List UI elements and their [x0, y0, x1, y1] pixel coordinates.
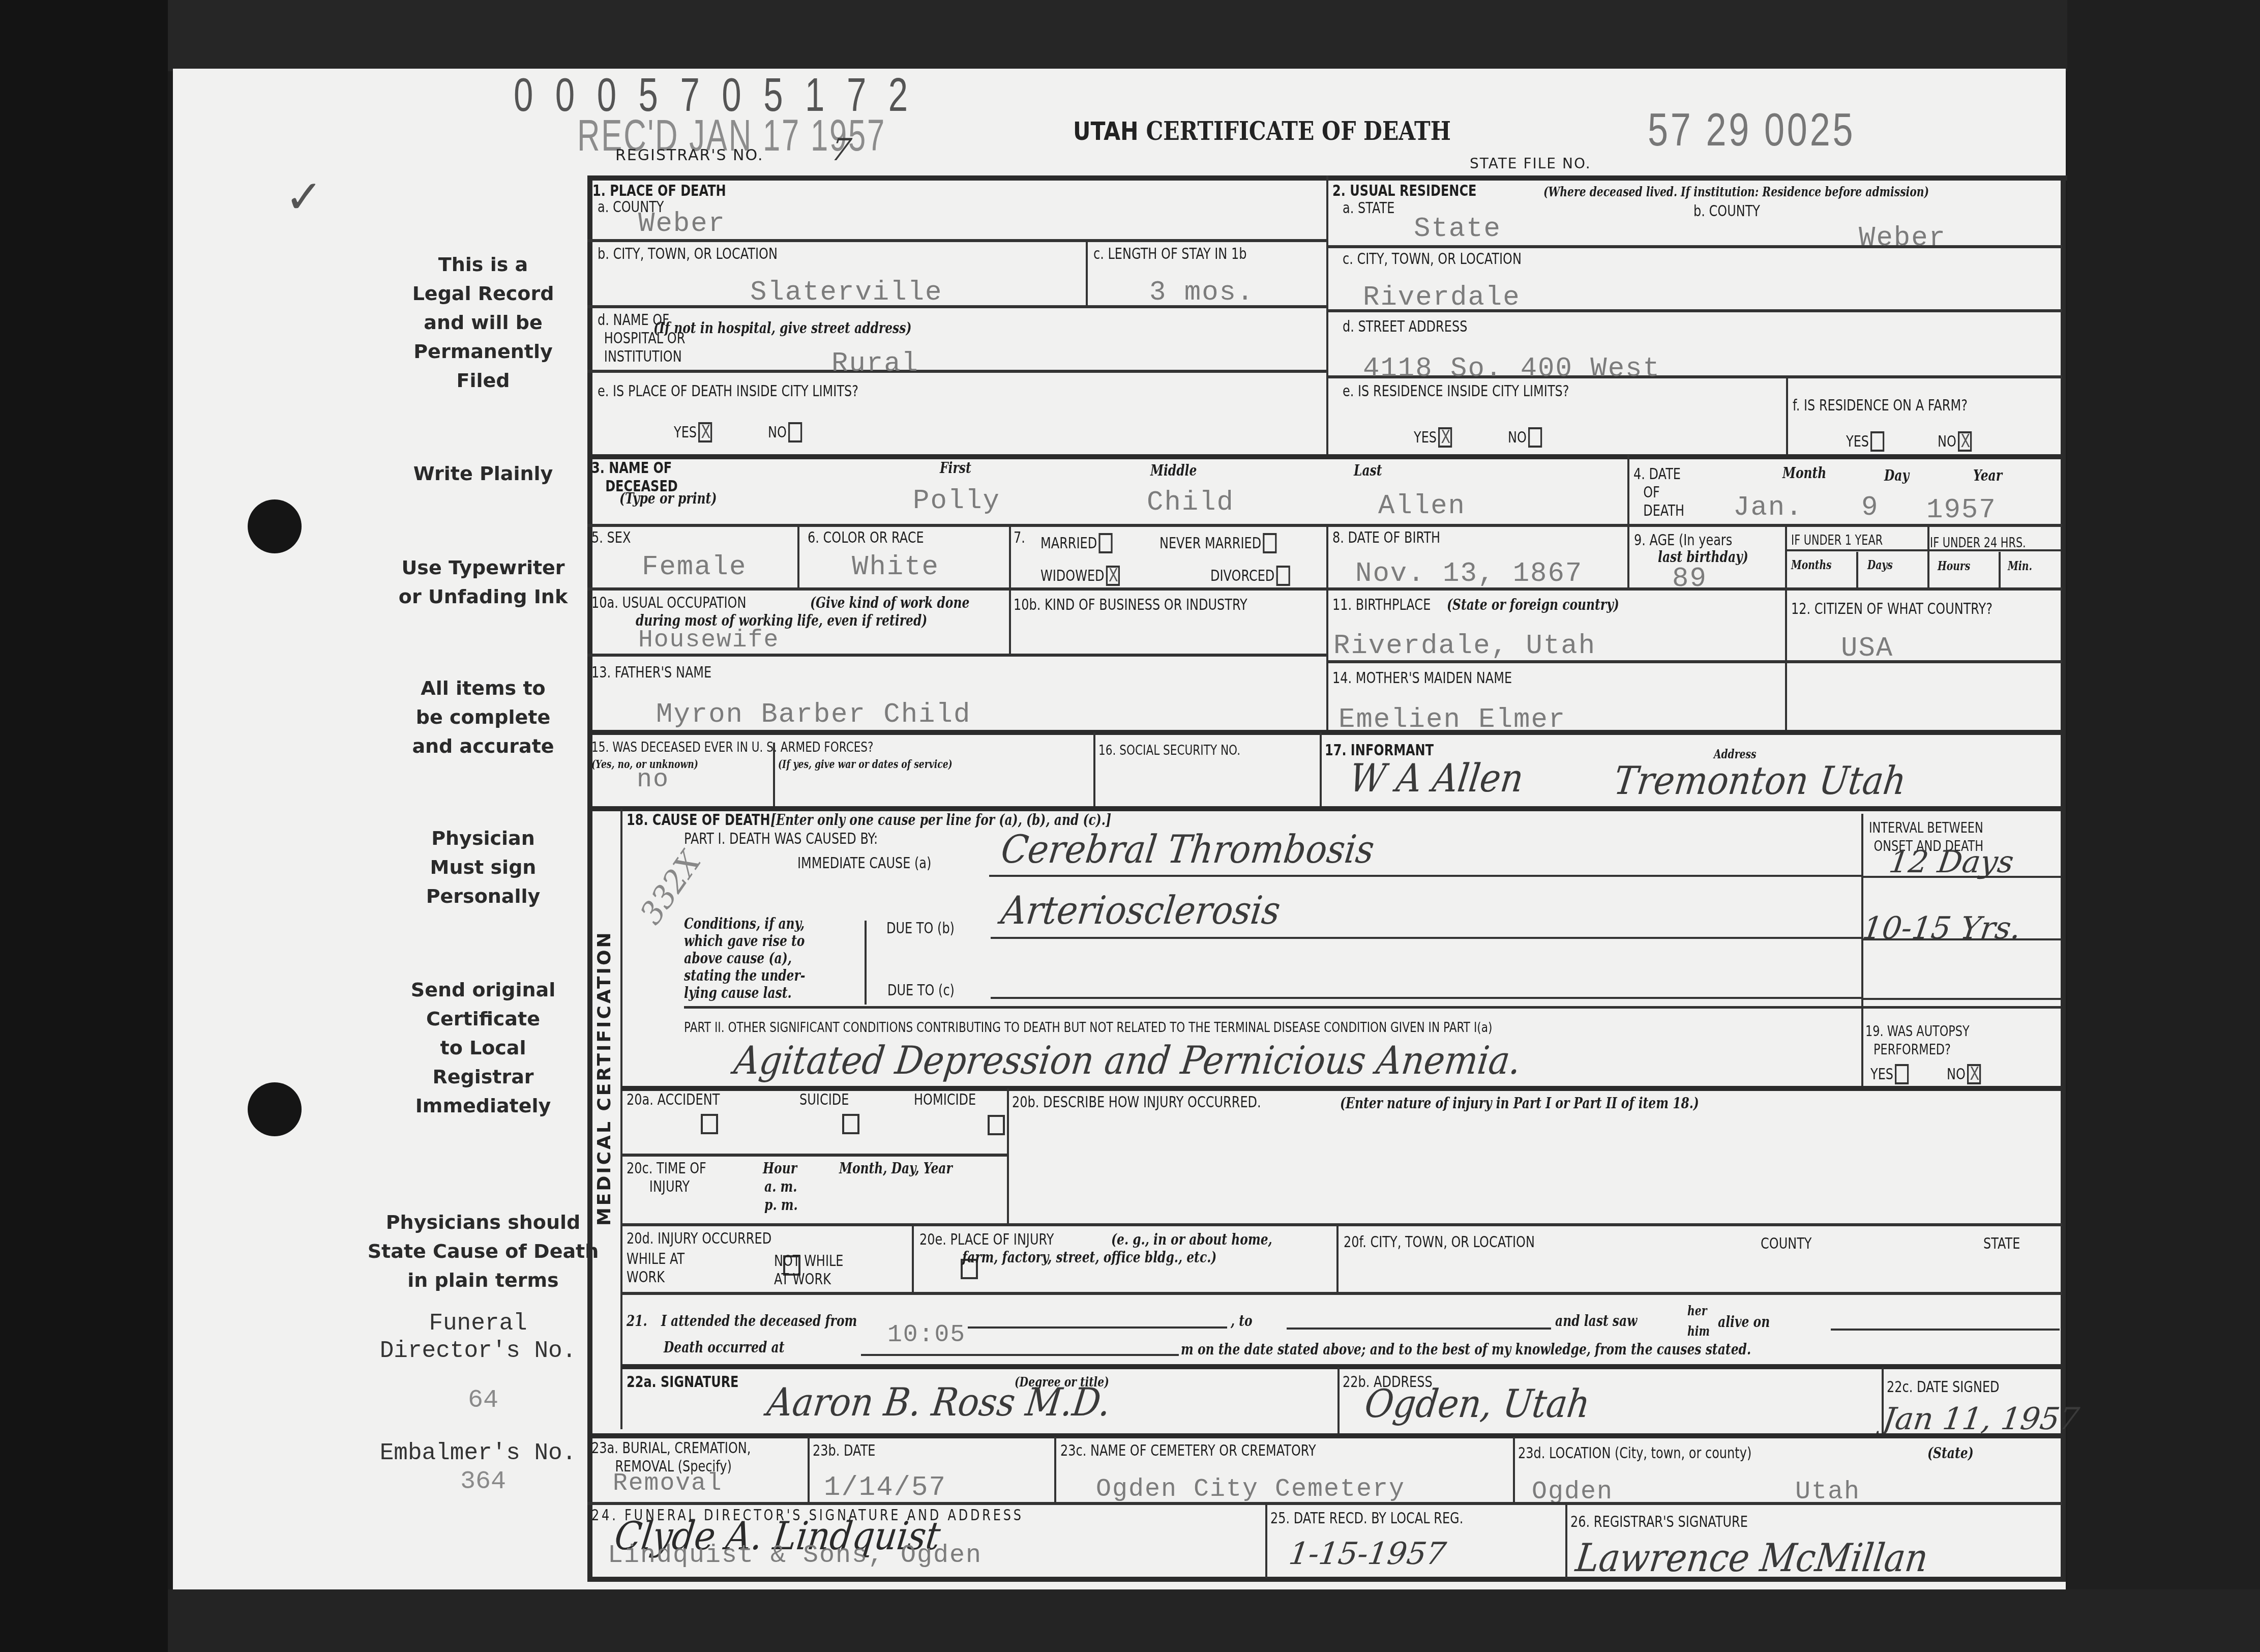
bracket-icon: [865, 921, 867, 1005]
label-line: 9. AGE (In years: [1634, 532, 1732, 550]
armed-forces-field[interactable]: no: [637, 765, 669, 794]
scan-background-top: [168, 0, 2260, 71]
residence-inside-city-no[interactable]: NO: [1508, 427, 1542, 448]
immediate-cause-label: IMMEDIATE CAUSE (a): [797, 854, 931, 873]
label-line: Hour: [763, 1160, 798, 1178]
due-to-b-label: DUE TO (b): [886, 920, 955, 938]
divider: [1627, 524, 1629, 587]
divider: [1009, 587, 1011, 654]
place-of-injury-hint-2: farm, factory, street, office bldg., etc…: [962, 1249, 1216, 1267]
divider: [587, 654, 1327, 657]
disposition-field[interactable]: Removal: [613, 1470, 723, 1497]
divider: [1785, 524, 1787, 732]
birthplace-field[interactable]: Riverdale, Utah: [1333, 631, 1596, 662]
hours-label: Hours: [1938, 557, 1970, 575]
option-label: MARRIED: [1040, 535, 1097, 552]
last-name-label: Last: [1354, 462, 1382, 480]
physician-address-field[interactable]: Ogden, Utah: [1362, 1381, 1593, 1426]
autopsy-label: 19. WAS AUTOPSY PERFORMED?: [1865, 1022, 1970, 1059]
divider: [587, 370, 1327, 373]
suicide-checkbox-icon[interactable]: [842, 1114, 859, 1134]
attendance-text-3: and last saw: [1555, 1312, 1637, 1331]
sex-field[interactable]: Female: [642, 552, 747, 583]
cemetery-label: 23c. NAME OF CEMETERY OR CREMATORY: [1060, 1442, 1316, 1460]
yes-label: YES: [674, 424, 697, 441]
divider: [1862, 998, 2061, 1000]
interval-b-field[interactable]: 10-15 Yrs.: [1860, 910, 2023, 946]
father-name-field[interactable]: Myron Barber Child: [656, 699, 971, 730]
divider: [1861, 814, 1863, 1086]
side-note-line: All items to: [356, 674, 610, 703]
street-address-field[interactable]: 4118 So. 400 West: [1363, 353, 1660, 385]
yes-label: YES: [1870, 1066, 1893, 1083]
side-note-line: be complete: [356, 703, 610, 732]
state-file-no-label: STATE FILE NO.: [1470, 155, 1591, 172]
death-inside-city-no[interactable]: NO: [768, 422, 802, 442]
part2-label: PART II. OTHER SIGNIFICANT CONDITIONS CO…: [684, 1019, 1492, 1037]
father-name-label: 13. FATHER'S NAME: [591, 664, 711, 682]
side-note-write-plainly: Write Plainly: [356, 459, 610, 488]
disposition-date-label: 23b. DATE: [813, 1442, 875, 1460]
side-note-plain-terms: Physicians should State Cause of Death i…: [351, 1208, 615, 1295]
registrar-signature: Lawrence McMillan: [1573, 1535, 1931, 1580]
divider: [587, 587, 2062, 591]
due-to-b-field[interactable]: Arteriosclerosis: [999, 888, 1283, 933]
side-note-line: Physicians should: [351, 1208, 615, 1237]
death-time-line: [861, 1354, 1179, 1356]
conditions-hint: Conditions, if any, which gave rise to a…: [684, 916, 806, 1002]
under-1-year-label: IF UNDER 1 YEAR: [1791, 532, 1883, 550]
label-line: a. m.: [763, 1178, 798, 1196]
divider: [1327, 245, 2062, 248]
hospital-hint: (If not in hospital, give street address…: [653, 319, 911, 338]
death-day-field[interactable]: 9: [1861, 492, 1879, 523]
label-line: DEATH: [1633, 502, 1684, 520]
label-line: OF: [1633, 484, 1684, 502]
divider: [1320, 732, 1322, 806]
no-label: NO: [768, 424, 787, 441]
title-main: CERTIFICATE OF DEATH: [1146, 116, 1450, 146]
physician-signature: Aaron B. Ross M.D.: [765, 1379, 1113, 1425]
title-prefix: UTAH: [1073, 116, 1139, 146]
checkbox-icon[interactable]: [1276, 566, 1290, 586]
side-note-line: Write Plainly: [356, 459, 610, 488]
mother-name-label: 14. MOTHER'S MAIDEN NAME: [1332, 669, 1512, 688]
due-to-c-line: [991, 997, 1861, 999]
option-label: NEVER MARRIED: [1159, 535, 1261, 552]
divider: [1862, 938, 2061, 940]
describe-injury-hint: (Enter nature of injury in Part I or Par…: [1340, 1095, 1699, 1113]
divider: [912, 1223, 914, 1292]
divider: [587, 806, 2062, 811]
place-of-death-label: 1. PLACE OF DEATH: [592, 182, 726, 200]
residence-county-field[interactable]: Weber: [1859, 223, 1946, 254]
last-name-field[interactable]: Allen: [1378, 491, 1466, 522]
informant-address: Tremonton Utah: [1612, 758, 1909, 803]
residence-state-field[interactable]: State: [1414, 214, 1501, 245]
side-note-line: Send original: [356, 976, 610, 1005]
residence-city-label: c. CITY, TOWN, OR LOCATION: [1343, 250, 1522, 269]
divider: [684, 1006, 2061, 1009]
residence-inside-city-label: e. IS RESIDENCE INSIDE CITY LIMITS?: [1343, 382, 1569, 401]
side-note-legal-record: This is a Legal Record and will be Perma…: [356, 250, 610, 395]
armed-forces-hint-2: (If yes, give war or dates of service): [778, 755, 953, 774]
state-file-number: 57 29 0025: [1648, 104, 1855, 157]
birthplace-hint: (State or foreign country): [1447, 596, 1619, 614]
ssn-label: 16. SOCIAL SECURITY NO.: [1098, 742, 1240, 760]
divider: [1786, 376, 1788, 455]
immediate-cause-field[interactable]: Cerebral Thrombosis: [999, 827, 1377, 872]
registrars-no-label: REGISTRAR'S NO.: [615, 146, 763, 164]
divider: [587, 730, 2062, 735]
registrar-signature-label: 26. REGISTRAR'S SIGNATURE: [1570, 1513, 1748, 1531]
checkbox-checked-icon[interactable]: [1967, 1064, 1981, 1084]
usual-residence-hint: (Where deceased lived. If institution: R…: [1543, 183, 1929, 201]
label-text: 1. PLACE OF DEATH: [592, 182, 726, 200]
injury-county-label: COUNTY: [1761, 1235, 1812, 1253]
side-note-line: Certificate: [356, 1005, 610, 1034]
due-to-b-line: [991, 937, 1861, 939]
side-note-line: Legal Record: [356, 279, 610, 308]
death-month-field[interactable]: Jan.: [1733, 492, 1803, 523]
divider: [1009, 524, 1011, 587]
street-address-label: d. STREET ADDRESS: [1343, 318, 1467, 336]
immediate-cause-line: [989, 875, 1861, 877]
occupation-hint-1: (Give kind of work done: [810, 594, 969, 612]
label-line: 3. NAME OF: [591, 459, 672, 477]
label-line: INSTITUTION: [598, 348, 685, 366]
attended-to-line[interactable]: [1287, 1327, 1551, 1330]
checkbox-icon[interactable]: [1263, 533, 1276, 553]
first-name-label: First: [940, 459, 971, 478]
divider: [587, 454, 2062, 459]
homicide-checkbox-icon[interactable]: [988, 1115, 1005, 1135]
death-time-field[interactable]: 10:05: [887, 1321, 966, 1349]
scan-background-right: [2067, 0, 2260, 1652]
label-line: INJURY: [627, 1178, 706, 1196]
marital-widowed[interactable]: WIDOWED: [1040, 566, 1120, 586]
label-line: WHILE AT: [627, 1250, 685, 1268]
divider: [1326, 524, 1328, 587]
min-label: Min.: [2008, 557, 2032, 575]
scan-background-left: [0, 0, 168, 1652]
side-note-line: and accurate: [356, 732, 610, 761]
months-label: Months: [1791, 556, 1832, 574]
divider: [621, 1154, 1008, 1157]
yes-label: YES: [1414, 429, 1437, 447]
month-label: Month: [1782, 464, 1826, 483]
death-city-field[interactable]: Slaterville: [750, 277, 942, 308]
label-line: Director's No.: [351, 1337, 605, 1365]
option-label: WIDOWED: [1040, 567, 1105, 585]
place-of-injury-hint-1: (e. g., in or about home,: [1111, 1231, 1272, 1249]
not-while-at-work-label: NOT WHILE AT WORK: [774, 1252, 844, 1289]
date-signed-field[interactable]: Jan 11, 1957: [1881, 1401, 2081, 1437]
signature-label: 22a. SIGNATURE: [627, 1373, 739, 1392]
check-mark-icon: ✓: [285, 170, 323, 224]
attendance-text-5: m on the date stated above; and to the b…: [1181, 1341, 1751, 1359]
date-recd-label: 25. DATE RECD. BY LOCAL REG.: [1270, 1510, 1463, 1528]
funeral-director-no-value: 64: [356, 1386, 610, 1415]
checkbox-icon[interactable]: [1528, 427, 1542, 448]
armed-forces-label: 15. WAS DECEASED EVER IN U. S. ARMED FOR…: [591, 739, 874, 757]
last-saw-alive-line[interactable]: [1831, 1329, 2060, 1331]
side-note-line: Immediately: [356, 1091, 610, 1120]
divider: [620, 809, 622, 1429]
attendance-text-1: I attended the deceased from: [661, 1312, 857, 1331]
place-of-injury-label: 20e. PLACE OF INJURY: [919, 1231, 1054, 1249]
side-note-complete: All items to be complete and accurate: [356, 674, 610, 761]
homicide-label: HOMICIDE: [914, 1091, 976, 1109]
side-note-line: and will be: [356, 308, 610, 337]
injury-occurred-label: 20d. INJURY OCCURRED: [627, 1230, 771, 1248]
occupation-label: 10a. USUAL OCCUPATION: [591, 594, 746, 612]
option-label: DIVORCED: [1210, 567, 1274, 585]
divider: [621, 1223, 2062, 1226]
location-state-label: (State): [1927, 1444, 1974, 1463]
inside-city-limits-label: e. IS PLACE OF DEATH INSIDE CITY LIMITS?: [598, 382, 858, 401]
usual-residence-label: 2. USUAL RESIDENCE: [1332, 182, 1476, 200]
label-line: 19. WAS AUTOPSY: [1865, 1022, 1970, 1041]
side-note-line: Filed: [356, 366, 610, 395]
divider: [1927, 524, 1929, 587]
describe-injury-label: 20b. DESCRIBE HOW INJURY OCCURRED.: [1012, 1094, 1261, 1112]
label-line: INTERVAL BETWEEN: [1869, 819, 1983, 837]
punch-hole-icon: [248, 1082, 302, 1136]
divider: [1513, 1437, 1515, 1503]
side-note-line: State Cause of Death: [351, 1237, 615, 1266]
no-label: NO: [1508, 429, 1527, 447]
checkbox-icon[interactable]: [1895, 1064, 1909, 1084]
label-line: PERFORMED?: [1865, 1041, 1970, 1059]
dob-label: 8. DATE OF BIRTH: [1332, 529, 1440, 547]
death-occurred-label: Death occurred at: [664, 1339, 784, 1357]
no-label: NO: [1938, 433, 1956, 451]
label-line: 4. DATE: [1633, 465, 1684, 484]
checkbox-icon[interactable]: [1870, 431, 1884, 452]
race-field[interactable]: White: [852, 552, 939, 583]
date-of-death-label: 4. DATE OF DEATH: [1633, 465, 1684, 520]
side-note-line: or Unfading Ink: [356, 582, 610, 611]
label-line: 20c. TIME OF: [627, 1160, 706, 1178]
side-note-typewriter: Use Typewriter or Unfading Ink: [356, 553, 610, 611]
scan-background-bottom: [168, 1589, 2260, 1652]
divider: [1999, 552, 2001, 587]
birthplace-label: 11. BIRTHPLACE: [1332, 596, 1431, 614]
autopsy-no[interactable]: NO: [1947, 1064, 1981, 1084]
date-recd-field[interactable]: 1-15-1957: [1287, 1536, 1448, 1572]
divider: [587, 524, 2062, 527]
cemetery-field[interactable]: Ogden City Cemetery: [1096, 1475, 1405, 1504]
attendance-text-4: alive on: [1718, 1313, 1770, 1332]
certificate-title: UTAH CERTIFICATE OF DEATH: [1073, 116, 1451, 146]
under-24-hrs-label: IF UNDER 24 HRS.: [1930, 534, 2026, 552]
dob-field[interactable]: Nov. 13, 1867: [1355, 558, 1583, 589]
hint-line: above cause (a),: [684, 950, 806, 967]
hospital-field[interactable]: Rural: [831, 348, 919, 379]
location-label: 23d. LOCATION (City, town, or county): [1518, 1444, 1751, 1463]
divider: [587, 1502, 2062, 1505]
attended-from-line[interactable]: [968, 1326, 1227, 1329]
suicide-label: SUICIDE: [799, 1091, 849, 1109]
side-note-line: Personally: [356, 882, 610, 911]
hint-line: lying cause last.: [684, 985, 806, 1002]
residence-county-label: b. COUNTY: [1693, 202, 1760, 221]
attendance-number: 21.: [627, 1312, 647, 1331]
sex-label: 5. SEX: [591, 529, 631, 547]
side-note-line: Use Typewriter: [356, 553, 610, 582]
middle-name-label: Middle: [1150, 462, 1197, 480]
label-line: 23a. BURIAL, CREMATION,: [591, 1439, 751, 1458]
checkbox-checked-icon[interactable]: [698, 422, 712, 442]
divider: [797, 524, 799, 587]
side-note-line: in plain terms: [351, 1266, 615, 1295]
interval-a-field[interactable]: 12 Days: [1887, 844, 2016, 880]
divider: [1086, 239, 1088, 305]
part2-field[interactable]: Agitated Depression and Pernicious Anemi…: [732, 1038, 1524, 1083]
industry-label: 10b. KIND OF BUSINESS OR INDUSTRY: [1014, 596, 1247, 614]
divider: [1856, 552, 1858, 587]
citizen-field[interactable]: USA: [1841, 633, 1893, 664]
death-county-field[interactable]: Weber: [638, 209, 726, 240]
city-label: b. CITY, TOWN, OR LOCATION: [598, 245, 778, 263]
due-to-c-label: DUE TO (c): [887, 982, 955, 1000]
hint-line: stating the under-: [684, 967, 806, 985]
side-note-physician-sign: Physician Must sign Personally: [356, 824, 610, 911]
checkbox-icon[interactable]: [788, 422, 802, 442]
divider: [1336, 1223, 1339, 1292]
divider: [1327, 660, 2062, 663]
divider: [1337, 1367, 1340, 1436]
medical-certification-label: MEDICAL CERTIFICATION: [594, 930, 615, 1226]
punch-hole-icon: [248, 499, 302, 553]
while-at-work-label: WHILE AT WORK: [627, 1250, 685, 1287]
hour-label: Hour a. m. p. m.: [763, 1160, 798, 1215]
death-year-field[interactable]: 1957: [1926, 495, 1997, 526]
middle-name-field[interactable]: Child: [1147, 487, 1234, 518]
first-name-field[interactable]: Polly: [913, 486, 1000, 517]
attendance-text-2: , to: [1231, 1312, 1253, 1331]
embalmer-no-value: 364: [356, 1467, 610, 1496]
label-text: 2. USUAL RESIDENCE: [1332, 182, 1476, 200]
him-label: him: [1687, 1322, 1710, 1341]
marital-married[interactable]: MARRIED: [1040, 533, 1113, 553]
residence-state-label: a. STATE: [1343, 199, 1394, 218]
label-line: NOT WHILE: [774, 1252, 844, 1271]
divider: [621, 1292, 2062, 1295]
divider: [1326, 175, 1328, 455]
label-line: AT WORK: [774, 1271, 844, 1289]
on-farm-label: f. IS RESIDENCE ON A FARM?: [1793, 397, 1968, 415]
side-note-line: Registrar: [356, 1063, 610, 1091]
label-text: 22a. SIGNATURE: [627, 1373, 739, 1391]
length-of-stay-label: c. LENGTH OF STAY IN 1b: [1093, 245, 1246, 263]
accident-label: 20a. ACCIDENT: [627, 1091, 720, 1109]
autopsy-yes[interactable]: YES: [1870, 1064, 1909, 1084]
divider: [1054, 1437, 1056, 1503]
marital-status-label: 7.: [1014, 529, 1025, 547]
marital-divorced[interactable]: DIVORCED: [1210, 566, 1290, 586]
divider: [1265, 1503, 1267, 1578]
on-farm-no[interactable]: NO: [1938, 431, 1972, 452]
funeral-director-address-field[interactable]: Lindquist & Sons, Ogden: [608, 1541, 982, 1570]
side-note-send-original: Send original Certificate to Local Regis…: [356, 976, 610, 1120]
embalmer-no-label: Embalmer's No.: [351, 1439, 605, 1467]
residence-city-field[interactable]: Riverdale: [1363, 282, 1521, 313]
form-border-left: [587, 175, 592, 1582]
divider: [1627, 455, 1629, 524]
side-note-line: Permanently: [356, 337, 610, 366]
occupation-field[interactable]: Housewife: [638, 627, 779, 654]
year-label: Year: [1973, 467, 2002, 485]
divider: [1565, 1504, 1567, 1578]
race-label: 6. COLOR OR RACE: [808, 529, 924, 547]
accident-checkbox-icon[interactable]: [701, 1114, 718, 1134]
yes-label: YES: [1846, 433, 1869, 451]
checkbox-checked-icon[interactable]: [1106, 566, 1120, 586]
residence-inside-city-yes[interactable]: YES: [1414, 427, 1452, 448]
divider: [621, 1086, 2062, 1091]
checkbox-checked-icon[interactable]: [1958, 431, 1972, 452]
citizen-label: 12. CITIZEN OF WHAT COUNTRY?: [1791, 600, 1993, 618]
death-inside-city-yes[interactable]: YES: [674, 422, 712, 442]
marital-never-married[interactable]: NEVER MARRIED: [1159, 533, 1277, 553]
form-border-right: [2061, 175, 2066, 1582]
funeral-director-no-label: Funeral Director's No.: [351, 1310, 605, 1365]
checkbox-icon[interactable]: [1098, 533, 1112, 553]
side-note-line: Physician: [356, 824, 610, 853]
day-label: Day: [1884, 467, 1909, 485]
divider: [1093, 732, 1095, 806]
label-line: WORK: [627, 1268, 685, 1287]
cause-of-death-label: 18. CAUSE OF DEATH: [627, 811, 770, 830]
hint-line: which gave rise to: [684, 933, 806, 950]
time-of-injury-label: 20c. TIME OF INJURY: [627, 1160, 706, 1196]
part1-label: PART I. DEATH WAS CAUSED BY:: [684, 830, 878, 848]
date-signed-label: 22c. DATE SIGNED: [1887, 1378, 2000, 1397]
label-line: Funeral: [351, 1310, 605, 1337]
side-note-line: Must sign: [356, 853, 610, 882]
divider: [1862, 876, 2061, 878]
age-label: 9. AGE (In years: [1634, 532, 1732, 550]
divider: [621, 1364, 2062, 1369]
month-day-year-label: Month, Day, Year: [839, 1160, 953, 1178]
days-label: Days: [1867, 556, 1893, 574]
divider: [808, 1437, 810, 1503]
label-line: p. m.: [763, 1196, 798, 1215]
on-farm-yes[interactable]: YES: [1846, 431, 1884, 452]
side-note-line: to Local: [356, 1034, 610, 1063]
type-or-print-hint: (Type or print): [619, 490, 717, 508]
length-of-stay-field[interactable]: 3 mos.: [1149, 277, 1254, 308]
label-text: 18. CAUSE OF DEATH: [627, 811, 770, 829]
checkbox-checked-icon[interactable]: [1438, 427, 1452, 448]
hint-line: Conditions, if any,: [684, 916, 806, 933]
injury-state-label: STATE: [1983, 1235, 2020, 1253]
side-note-line: This is a: [356, 250, 610, 279]
no-label: NO: [1947, 1066, 1966, 1083]
disposition-date-field[interactable]: 1/14/57: [824, 1472, 946, 1503]
informant-signature: W A Allen: [1347, 755, 1526, 801]
her-label: her: [1687, 1302, 1707, 1320]
injury-city-label: 20f. CITY, TOWN, OR LOCATION: [1344, 1233, 1535, 1252]
